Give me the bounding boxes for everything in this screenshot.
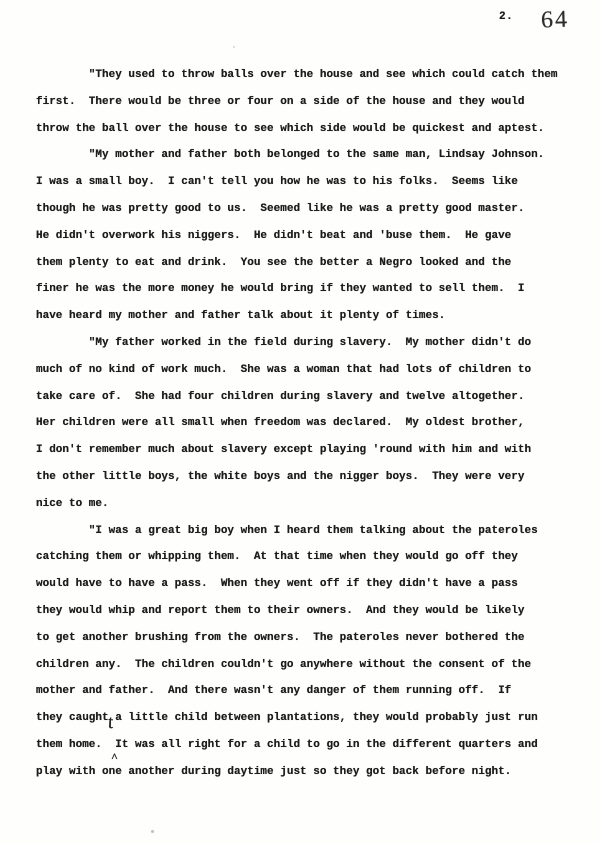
typewritten-line: He didn't overwork his niggers. He didn'… bbox=[36, 223, 556, 250]
typewritten-line: "My mother and father both belonged to t… bbox=[36, 142, 556, 169]
typewritten-line: them plenty to eat and drink. You see th… bbox=[36, 250, 556, 277]
typewritten-line: throw the ball over the house to see whi… bbox=[36, 116, 556, 143]
typewritten-line: finer he was the more money he would bri… bbox=[36, 276, 556, 303]
typewritten-line: to get another brushing from the owners.… bbox=[36, 625, 556, 652]
typewritten-line: "I was a great big boy when I heard them… bbox=[36, 518, 556, 545]
typewritten-line: they would whip and report them to their… bbox=[36, 598, 556, 625]
typewritten-line: nice to me. bbox=[36, 491, 556, 518]
paper-speck bbox=[233, 46, 235, 48]
typewritten-line: much of no kind of work much. She was a … bbox=[36, 357, 556, 384]
typewritten-line: catching them or whipping them. At that … bbox=[36, 544, 556, 571]
stamped-folio-number: 64 bbox=[541, 7, 570, 35]
typewritten-line: first. There would be three or four on a… bbox=[36, 89, 556, 116]
typed-page-number: 2. bbox=[499, 11, 513, 23]
typewritten-document-page: 2. 64 "They used to throw balls over the… bbox=[0, 0, 600, 843]
handwritten-insertion-mark: t bbox=[107, 712, 113, 734]
typewritten-line: have heard my mother and father talk abo… bbox=[36, 303, 556, 330]
typewritten-line: "They used to throw balls over the house… bbox=[36, 62, 556, 89]
text-body: "They used to throw balls over the house… bbox=[36, 62, 556, 786]
typewritten-line: "My father worked in the field during sl… bbox=[36, 330, 556, 357]
typewritten-line: though he was pretty good to us. Seemed … bbox=[36, 196, 556, 223]
typewritten-line: Her children were all small when freedom… bbox=[36, 410, 556, 437]
typewritten-line: I was a small boy. I can't tell you how … bbox=[36, 169, 556, 196]
typewritten-line: I don't remember much about slavery exce… bbox=[36, 437, 556, 464]
paper-speck bbox=[151, 830, 154, 833]
typewritten-line: take care of. She had four children duri… bbox=[36, 384, 556, 411]
typewritten-line: mother and father. And there wasn't any … bbox=[36, 678, 556, 705]
typewritten-line: would have to have a pass. When they wen… bbox=[36, 571, 556, 598]
typewritten-line: the other little boys, the white boys an… bbox=[36, 464, 556, 491]
handwritten-caret-mark: ^ bbox=[111, 750, 118, 765]
typewritten-line: they caught a little child between plant… bbox=[36, 705, 556, 732]
typewritten-line: children any. The children couldn't go a… bbox=[36, 652, 556, 679]
